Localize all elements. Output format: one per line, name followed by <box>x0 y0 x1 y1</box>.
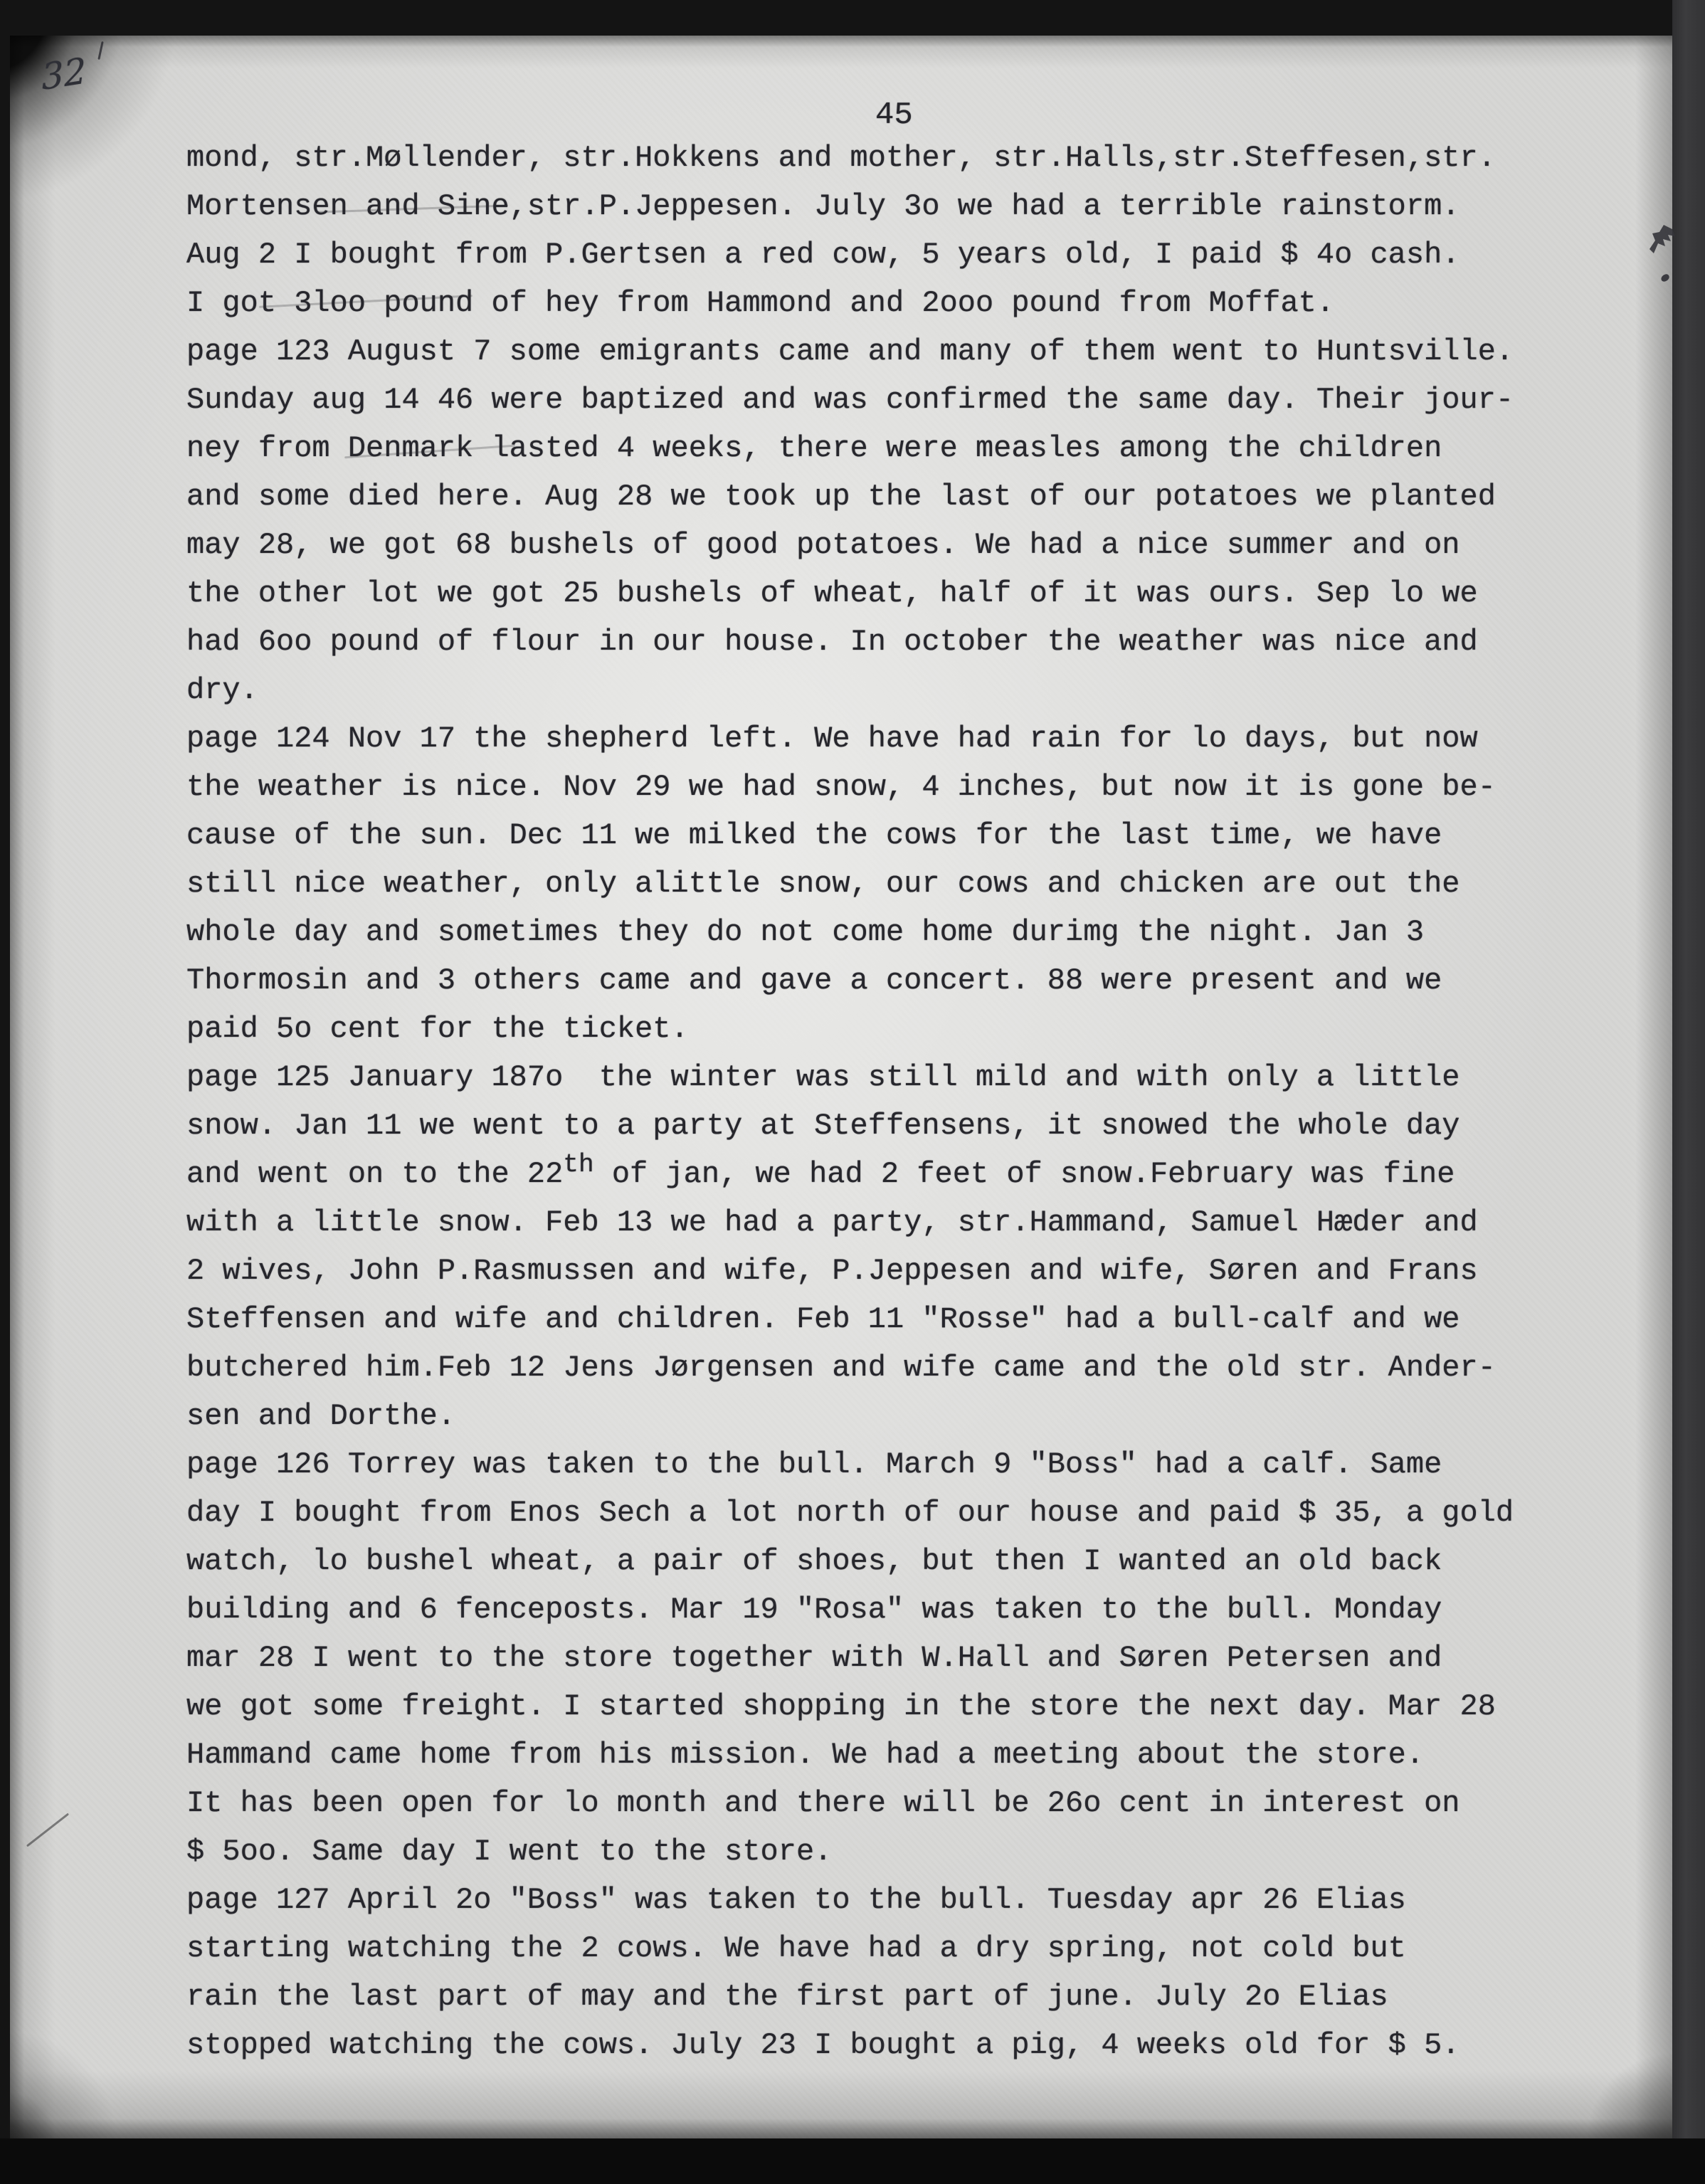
text-line: Sunday aug 14 46 were baptized and was c… <box>186 376 1652 424</box>
text-line: Aug 2 I bought from P.Gertsen a red cow,… <box>186 231 1652 279</box>
text-line: whole day and sometimes they do not come… <box>186 908 1652 956</box>
text-line: day I bought from Enos Sech a lot north … <box>186 1489 1652 1537</box>
text-line: page 127 April 2o "Boss" was taken to th… <box>186 1876 1652 1924</box>
text-line: dry. <box>186 666 1652 714</box>
text-line: watch, lo bushel wheat, a pair of shoes,… <box>186 1537 1652 1586</box>
text-line: Hammand came home from his mission. We h… <box>186 1731 1652 1779</box>
text-line: cause of the sun. Dec 11 we milked the c… <box>186 811 1652 860</box>
text-line: mond, str.Møllender, str.Hokkens and mot… <box>186 134 1652 182</box>
text-line: page 124 Nov 17 the shepherd left. We ha… <box>186 714 1652 763</box>
ink-speck <box>1660 273 1671 283</box>
text-line: still nice weather, only alittle snow, o… <box>186 860 1652 908</box>
photo-frame-right-band <box>1672 0 1705 2138</box>
text-line-post: of jan, we had 2 feet of snow.February w… <box>594 1157 1455 1191</box>
photo-frame: 32 45 mond, str.Møllender, str.Hokkens a… <box>0 0 1705 2184</box>
pen-tick-mark <box>97 41 103 60</box>
text-line: and some died here. Aug 28 we took up th… <box>186 473 1652 521</box>
text-line: page 123 August 7 some emigrants came an… <box>186 327 1652 376</box>
text-line-with-superscript: and went on to the 22th of jan, we had 2… <box>186 1150 1652 1198</box>
text-line: page 126 Torrey was taken to the bull. M… <box>186 1440 1652 1489</box>
text-line: butchered him.Feb 12 Jens Jørgensen and … <box>186 1344 1652 1392</box>
text-line: Mortensen and Sine,str.P.Jeppesen. July … <box>186 182 1652 231</box>
text-line: paid 5o cent for the ticket. <box>186 1005 1652 1053</box>
text-line: had 6oo pound of flour in our house. In … <box>186 618 1652 666</box>
text-line: Thormosin and 3 others came and gave a c… <box>186 956 1652 1005</box>
scanned-page: 32 45 mond, str.Møllender, str.Hokkens a… <box>10 36 1672 2138</box>
text-line: the other lot we got 25 bushels of wheat… <box>186 569 1652 618</box>
typed-page-number: 45 <box>875 97 913 133</box>
text-line: with a little snow. Feb 13 we had a part… <box>186 1198 1652 1247</box>
text-line: starting watching the 2 cows. We have ha… <box>186 1924 1652 1973</box>
text-line: I got 3loo pound of hey from Hammond and… <box>186 279 1652 327</box>
text-line: may 28, we got 68 bushels of good potato… <box>186 521 1652 569</box>
text-line: mar 28 I went to the store together with… <box>186 1634 1652 1682</box>
crease-mark <box>26 1813 69 1847</box>
photo-frame-bottom-strip <box>0 2138 1705 2184</box>
text-line: 2 wives, John P.Rasmussen and wife, P.Je… <box>186 1247 1652 1295</box>
text-line: sen and Dorthe. <box>186 1392 1652 1440</box>
text-line: snow. Jan 11 we went to a party at Steff… <box>186 1102 1652 1150</box>
text-line: the weather is nice. Nov 29 we had snow,… <box>186 763 1652 811</box>
text-line: rain the last part of may and the first … <box>186 1973 1652 2021</box>
text-line: ney from Denmark lasted 4 weeks, there w… <box>186 424 1652 473</box>
text-line: page 125 January 187o the winter was sti… <box>186 1053 1652 1102</box>
text-line: Steffensen and wife and children. Feb 11… <box>186 1295 1652 1344</box>
text-line: It has been open for lo month and there … <box>186 1779 1652 1827</box>
text-line: $ 5oo. Same day I went to the store. <box>186 1827 1652 1876</box>
text-line-pre: and went on to the 22 <box>186 1157 563 1191</box>
text-line: we got some freight. I started shopping … <box>186 1682 1652 1731</box>
handwritten-page-number: 32 <box>41 51 88 97</box>
document-text: mond, str.Møllender, str.Hokkens and mot… <box>186 134 1652 2069</box>
text-line: building and 6 fenceposts. Mar 19 "Rosa"… <box>186 1586 1652 1634</box>
superscript-ordinal: th <box>563 1150 593 1179</box>
text-line: stopped watching the cows. July 23 I bou… <box>186 2021 1652 2069</box>
